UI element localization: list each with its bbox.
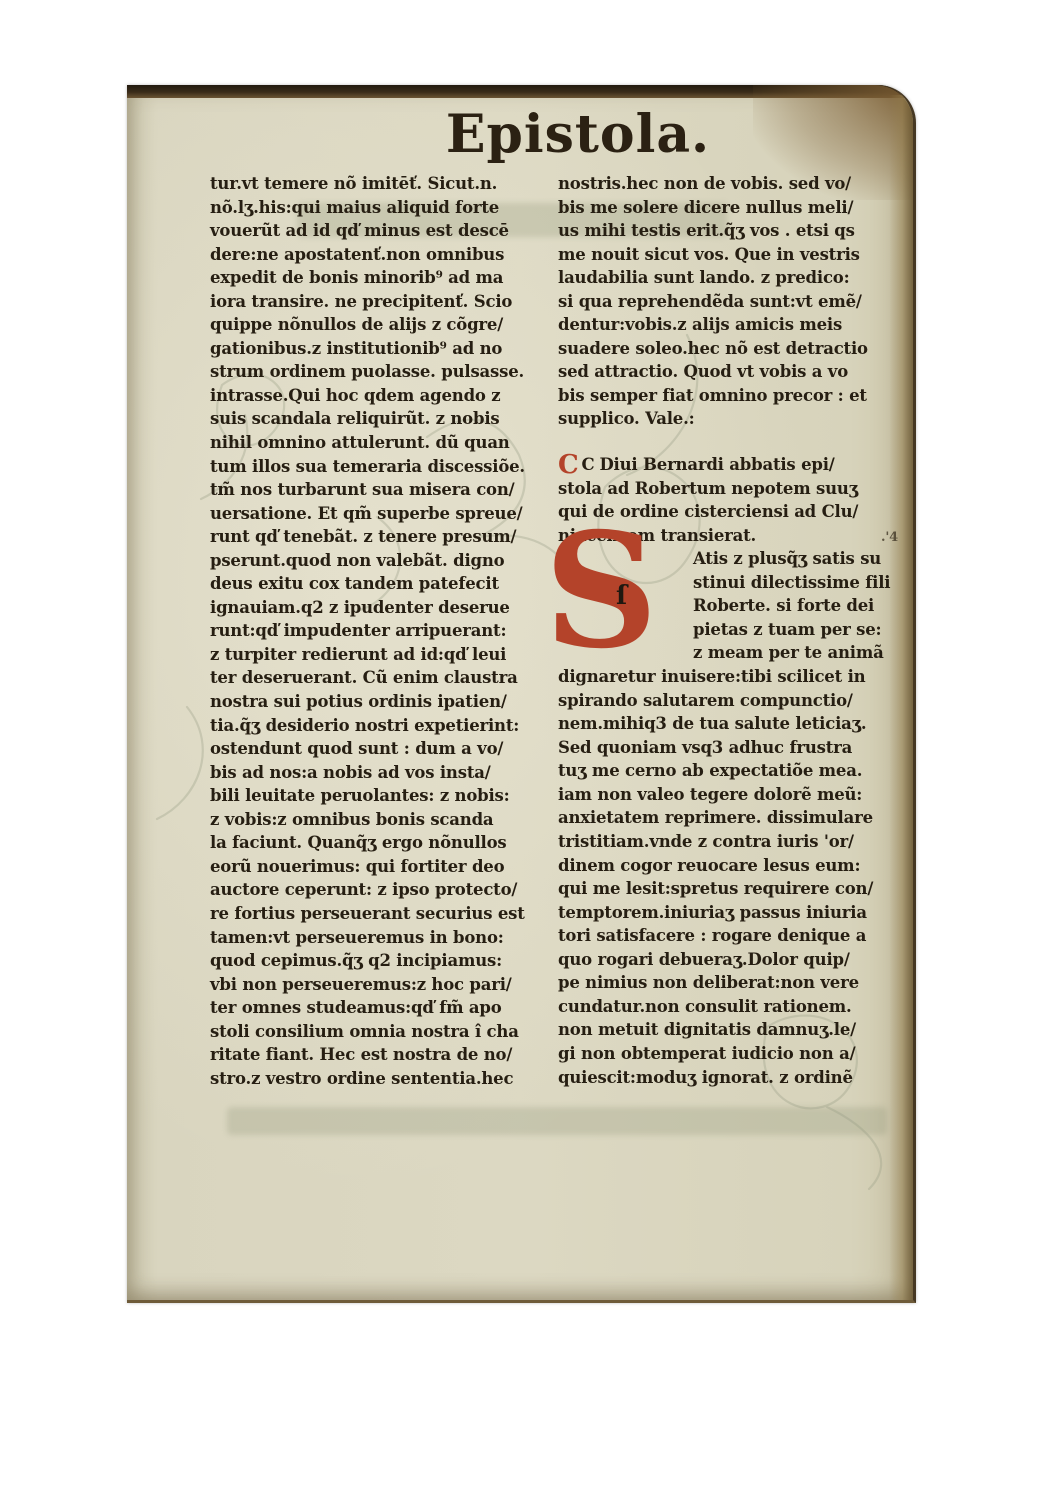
text-line: bis semper fiat omnino precor : et [558,384,900,408]
book-page-scan: Epistola. tur.vt temere nõ imitēť. Sicut… [127,85,916,1303]
page-title: Epistola. [127,103,913,167]
text-line: runt qď tenebãt. z tenere presum/ [210,525,552,549]
text-line: cundatur.non consulit rationem. [558,995,900,1019]
text-line: tuʒ me cerno ab expectatiõe mea. [558,759,900,783]
text-line: Sed quoniam vsq3 adhuc frustra [558,736,900,760]
text-line: pserunt.quod non valebãt. digno [210,549,552,573]
right-text-column: nostris.hec non de vobis. sed vo/bis me … [558,172,900,1089]
paragraph-two: dignaretur inuisere:tibi scilicet inspir… [558,665,900,1089]
left-text-column: tur.vt temere nõ imitēť. Sicut.n.nõ.lʒ.h… [210,172,552,1090]
text-line: intrasse.Qui hoc qdem agendo z [210,384,552,408]
text-line: gationibus.z institutionib⁹ ad no [210,337,552,361]
paragraph-one: nostris.hec non de vobis. sed vo/bis me … [558,172,900,431]
paragraph-gap [558,431,900,453]
text-line: iora transire. ne precipitenť. Scio [210,290,552,314]
text-line: ter omnes studeamus:qď fm̃ apo [210,996,552,1020]
text-line: tamen:vt perseueremus in bono: [210,926,552,950]
text-line: sed attractio. Quod vt vobis a vo [558,360,900,384]
text-line: tur.vt temere nõ imitēť. Sicut.n. [210,172,552,196]
text-line: pietas z tuam per se: [693,618,900,642]
text-line: z vobis:z omnibus bonis scanda [210,808,552,832]
text-line: z turpiter redierunt ad id:qď leui [210,643,552,667]
text-line: nostra sui potius ordinis ipatien/ [210,690,552,714]
capitulum-guide-mark: C [582,455,595,474]
initial-indented-lines: Atis z plusq̃ʒ satis sustinui dilectissi… [693,547,900,665]
text-line: ostendunt quod sunt : dum a vo/ [210,737,552,761]
text-line: eorũ nouerimus: qui fortiter deo [210,855,552,879]
text-line: quo rogari debueraʒ.Dolor quip/ [558,948,900,972]
initial-letter-s: S [544,533,658,651]
text-line: stinui dilectissime fili [693,571,900,595]
text-line: bili leuitate peruolantes: z nobis: [210,784,552,808]
text-line: nem.mihiq3 de tua salute leticiaʒ. [558,712,900,736]
text-line: me nouit sicut vos. Que in vestris [558,243,900,267]
text-line: nõ.lʒ.his:qui maius aliquid forte [210,196,552,220]
text-line: dere:ne apostatenť.non omnibus [210,243,552,267]
text-line: tm̃ nos turbarunt sua misera con/ [210,478,552,502]
text-line: Atis z plusq̃ʒ satis su [693,547,900,571]
text-line: tori satisfacere : rogare denique a [558,924,900,948]
text-line: vbi non perseueremus:z hoc pari/ [210,973,552,997]
text-line: ritate fiant. Hec est nostra de no/ [210,1043,552,1067]
text-line: suis scandala reliquirũt. z nobis [210,407,552,431]
text-line: nihil omnino attulerunt. dũ quan [210,431,552,455]
red-paragraph-mark: C [558,450,579,480]
text-line: temptorem.iniuriaʒ passus iniuria [558,901,900,925]
text-line: stoli consilium omnia nostra î cha [210,1020,552,1044]
text-line: pe nimius non deliberat:non vere [558,971,900,995]
text-line: runt:qď impudenter arripuerant: [210,619,552,643]
text-line: deus exitu cox tandem patefecit [210,572,552,596]
text-line: dentur:vobis.z alijs amicis meis [558,313,900,337]
text-line: tia.q̃ʒ desiderio nostri expetierint: [210,714,552,738]
screenshot-root: Epistola. tur.vt temere nõ imitēť. Sicut… [0,0,1060,1500]
text-line: expedit de bonis minorib⁹ ad ma [210,266,552,290]
margin-mark: .'4 [881,526,898,550]
text-line: non metuit dignitatis damnuʒ.le/ [558,1018,900,1042]
showthrough-text-ghost [227,1107,887,1135]
text-line: bis ad nos:a nobis ad vos insta/ [210,761,552,785]
text-line: auctore ceperunt: z ipso protecto/ [210,878,552,902]
text-line: quippe nõnullos de alijs z cõgre/ [210,313,552,337]
rubric-line-1: CCDiui Bernardi abbatis epi/ [558,453,900,477]
text-line: quiescit:moduʒ ignorat. z ordinẽ [558,1066,900,1090]
text-line: uersatione. Et qm̃ superbe spreue/ [210,502,552,526]
text-line: us mihi testis erit.q̃ʒ vos . etsi qs [558,219,900,243]
text-line: gi non obtemperat iudicio non a/ [558,1042,900,1066]
text-line: bis me solere dicere nullus meli/ [558,196,900,220]
text-line: si qua reprehendẽda sunt:vt emẽ/ [558,290,900,314]
text-line: Roberte. si forte dei [693,594,900,618]
lombard-initial-block: S ſ Atis z plusq̃ʒ satis sustinui dilect… [558,547,900,665]
text-line: la faciunt. Quanq̃ʒ ergo nõnullos [210,831,552,855]
text-line: suadere soleo.hec nõ est detractio [558,337,900,361]
text-line: strum ordinem puolasse. pulsasse. [210,360,552,384]
text-line: ter deseruerant. Cũ enim claustra [210,666,552,690]
text-line: spirando salutarem compunctio/ [558,689,900,713]
text-line: dinem cogor reuocare lesus eum: [558,854,900,878]
text-line: supplico. Vale.: [558,407,900,431]
text-line: ignauiam.q2 z ipudenter deserue [210,596,552,620]
text-line: quod cepimus.q̃ʒ q2 incipiamus: [210,949,552,973]
text-line: re fortius perseuerant securius est [210,902,552,926]
text-line: stro.z vestro ordine sententia.hec [210,1067,552,1091]
initial-guide-letter: ſ [616,581,627,611]
text-line: vouerũt ad id qď minus est descē [210,219,552,243]
text-line: laudabilia sunt lando. z predico: [558,266,900,290]
text-line: tristitiam.vnde z contra iuris 'or/ [558,830,900,854]
rubric-line-2: stola ad Robertum nepotem suuʒ [558,477,900,501]
text-line: tum illos sua temeraria discessiõe. [210,455,552,479]
rubric-text: Diui Bernardi abbatis epi/ [599,455,834,474]
text-line: qui me lesit:spretus requirere con/ [558,877,900,901]
text-line: iam non valeo tegere dolorẽ meũ: [558,783,900,807]
text-line: anxietatem reprimere. dissimulare [558,806,900,830]
text-line: nostris.hec non de vobis. sed vo/ [558,172,900,196]
text-line: z meam per te animã [693,641,900,665]
